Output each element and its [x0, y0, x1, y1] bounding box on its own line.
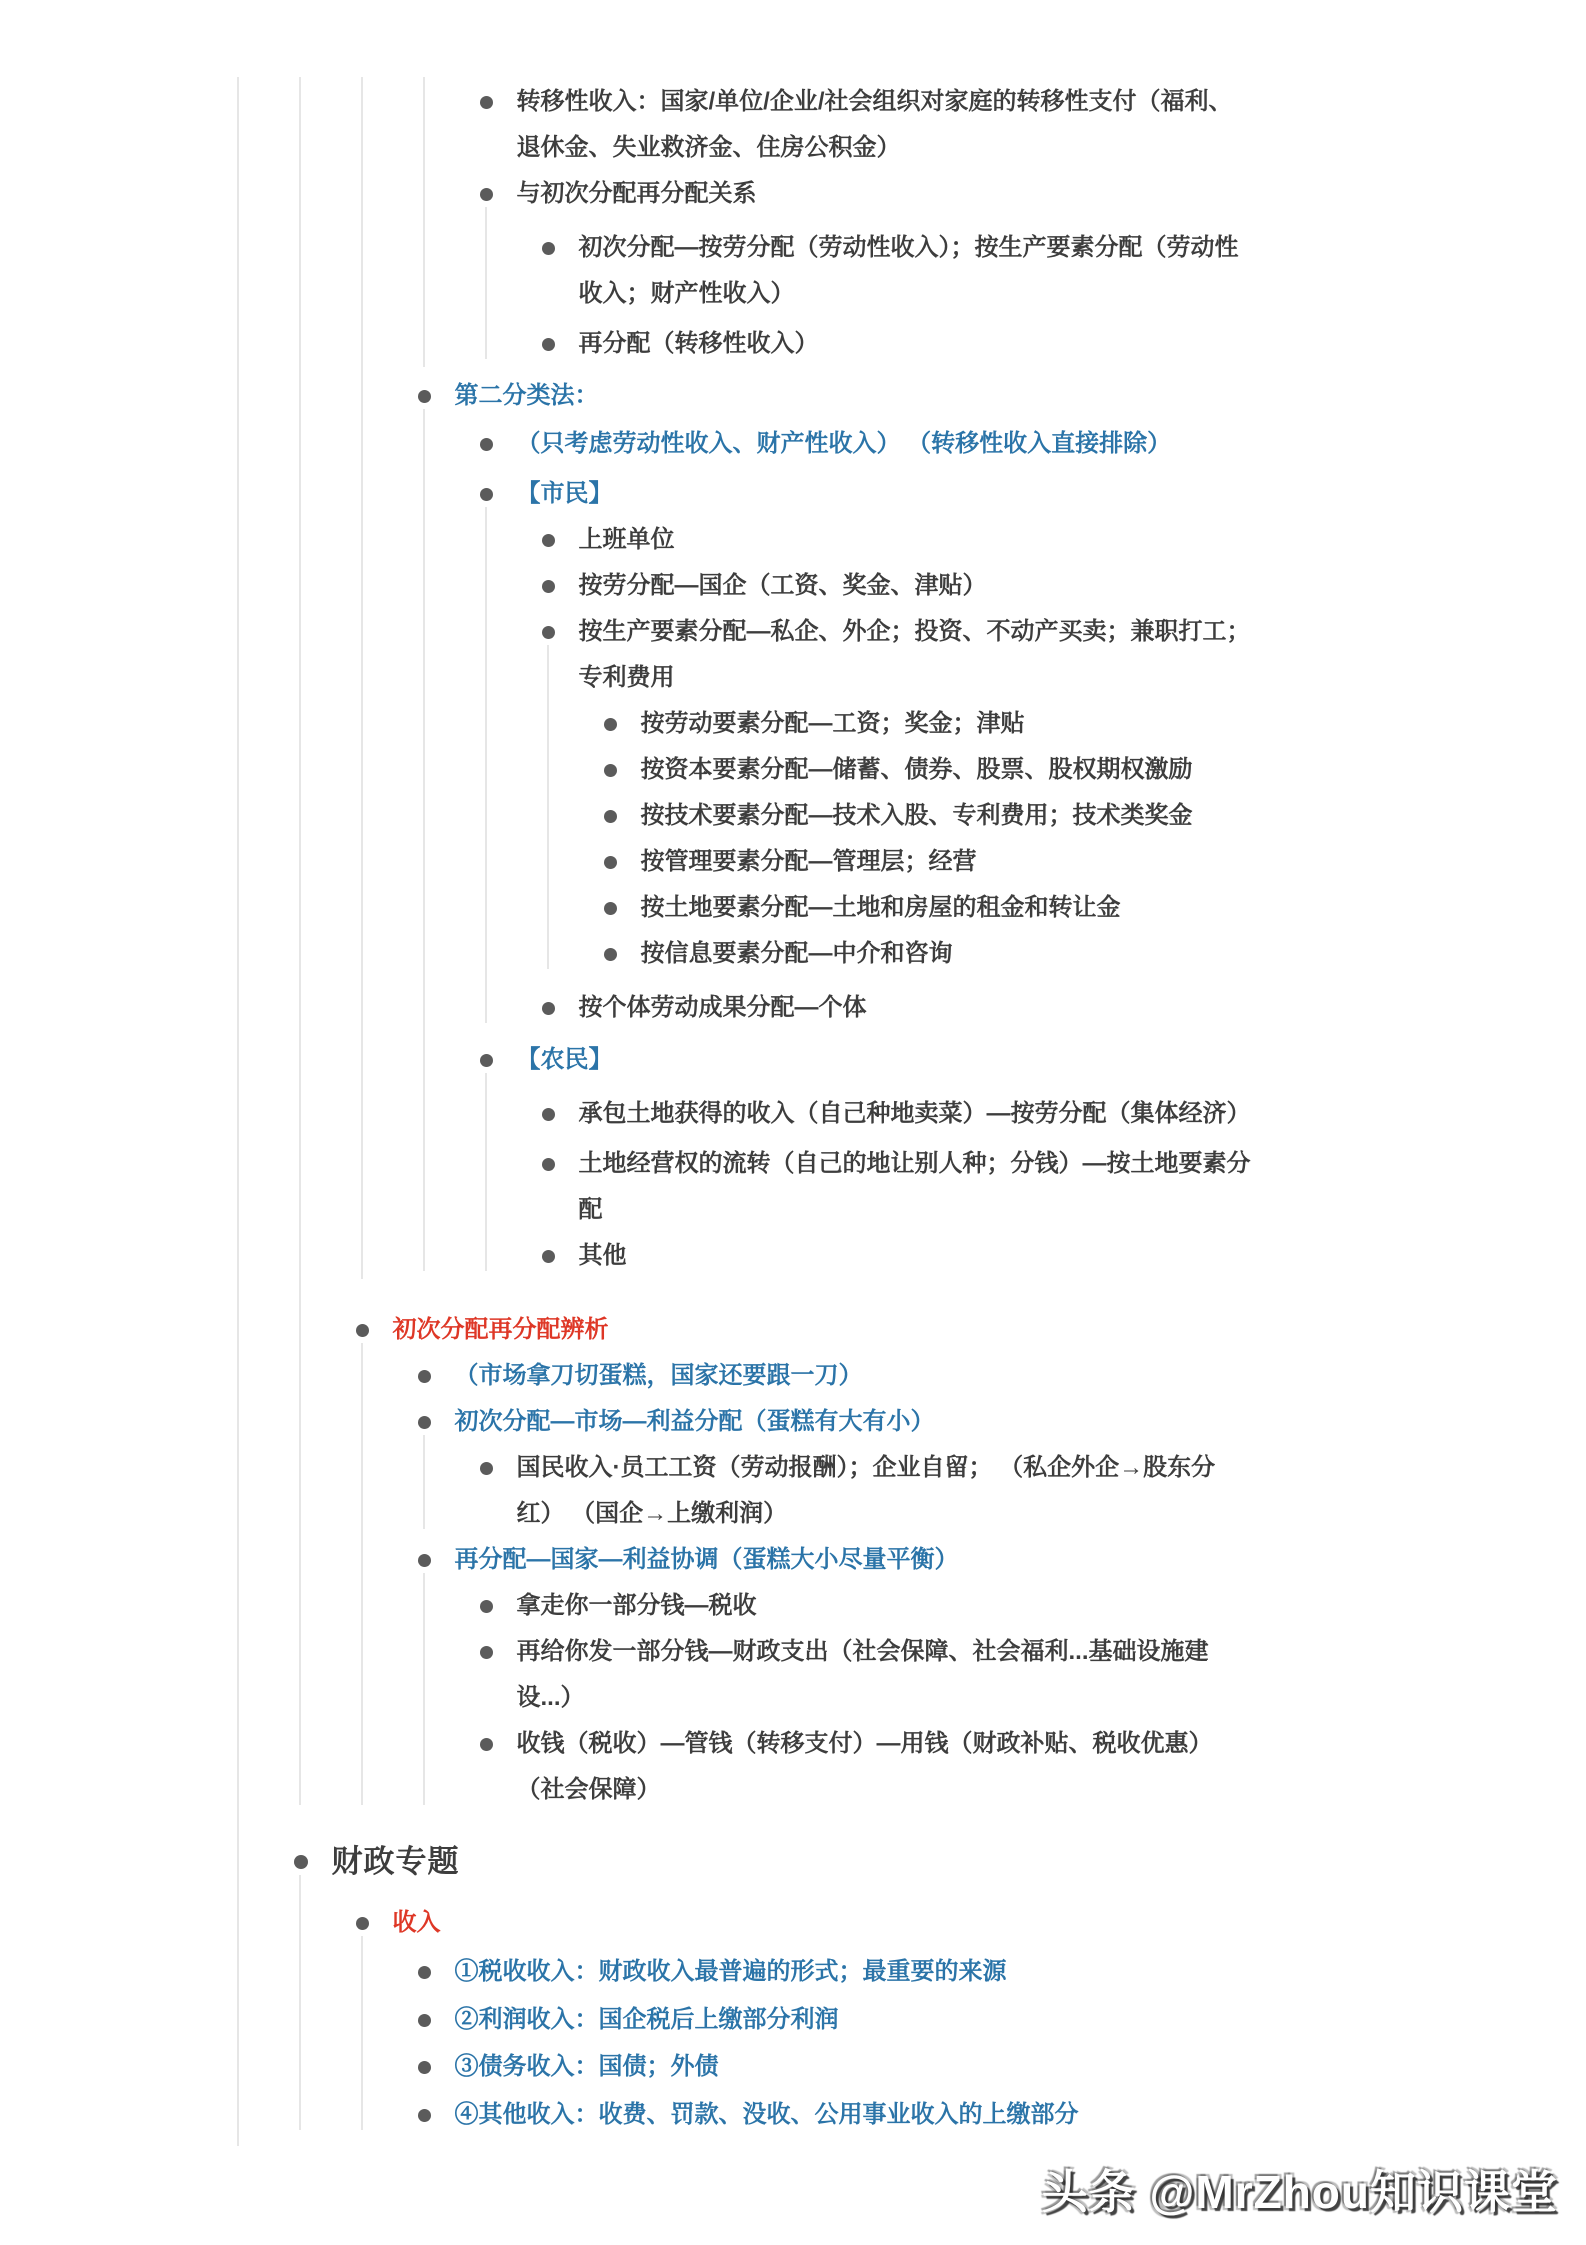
outline-item-text: 承包土地获得的收入（自己种地卖菜）—按劳分配（集体经济）	[579, 1091, 1251, 1137]
bullet-icon[interactable]	[604, 902, 617, 915]
outline-item-text: 按资本要素分配—储蓄、债券、股票、股权期权激励	[641, 747, 1193, 793]
bullet-icon[interactable]	[542, 338, 555, 351]
bullet-icon[interactable]	[480, 1462, 493, 1475]
outline-item-text: 按生产要素分配—私企、外企；投资、不动产买卖；兼职打工； 专利费用	[579, 609, 1251, 701]
outline-item[interactable]: 承包土地获得的收入（自己种地卖菜）—按劳分配（集体经济）	[0, 1091, 1586, 1137]
outline-item-text: 上班单位	[579, 517, 675, 563]
outline-item[interactable]: 与初次分配再分配关系	[0, 171, 1586, 217]
outline-item-text: 按技术要素分配—技术入股、专利费用；技术类奖金	[641, 793, 1193, 839]
bullet-icon[interactable]	[480, 1054, 493, 1067]
bullet-icon[interactable]	[604, 718, 617, 731]
bullet-icon[interactable]	[604, 810, 617, 823]
outline-item[interactable]: 按信息要素分配—中介和咨询	[0, 931, 1586, 977]
outline-item-text: （只考虑劳动性收入、财产性收入） （转移性收入直接排除）	[517, 421, 1172, 467]
bullet-icon[interactable]	[480, 488, 493, 501]
bullet-icon[interactable]	[604, 764, 617, 777]
outline-item[interactable]: 初次分配再分配辨析	[0, 1307, 1586, 1353]
outline-item[interactable]: 按劳动要素分配—工资；奖金；津贴	[0, 701, 1586, 747]
bullet-icon[interactable]	[356, 1917, 369, 1930]
outline-item-text: 按劳分配—国企（工资、奖金、津贴）	[579, 563, 987, 609]
outline-item-text: ①税收收入：财政收入最普遍的形式；最重要的来源	[455, 1949, 1007, 1995]
outline-item[interactable]: 再分配—国家—利益协调（蛋糕大小尽量平衡）	[0, 1537, 1586, 1583]
outline-item[interactable]: ③债务收入：国债；外债	[0, 2044, 1586, 2090]
outline-item[interactable]: 土地经营权的流转（自己的地让别人种；分钱）—按土地要素分 配	[0, 1141, 1586, 1233]
outline-item-text: 按劳动要素分配—工资；奖金；津贴	[641, 701, 1025, 747]
document-page: 转移性收入：国家/单位/企业/社会组织对家庭的转移性支付（福利、 退休金、失业救…	[0, 0, 1586, 2245]
bullet-icon[interactable]	[542, 534, 555, 547]
outline-item-text: 土地经营权的流转（自己的地让别人种；分钱）—按土地要素分 配	[579, 1141, 1251, 1233]
outline-item[interactable]: 转移性收入：国家/单位/企业/社会组织对家庭的转移性支付（福利、 退休金、失业救…	[0, 79, 1586, 171]
outline-item[interactable]: （市场拿刀切蛋糕，国家还要跟一刀）	[0, 1353, 1586, 1399]
bullet-icon[interactable]	[480, 1738, 493, 1751]
outline-item[interactable]: 国民收入·员工工资（劳动报酬）；企业自留； （私企外企→股东分 红） （国企→上…	[0, 1445, 1586, 1537]
bullet-icon[interactable]	[542, 1250, 555, 1263]
outline-item-text: 再分配（转移性收入）	[579, 321, 819, 367]
outline-item-text: 其他	[579, 1233, 627, 1279]
bullet-icon[interactable]	[480, 438, 493, 451]
outline-item-text: （市场拿刀切蛋糕，国家还要跟一刀）	[455, 1353, 863, 1399]
bullet-icon[interactable]	[604, 856, 617, 869]
watermark-toutiao: 头条 @MrZhou知识课堂	[1042, 2156, 1558, 2222]
bullet-icon[interactable]	[418, 2014, 431, 2027]
outline-item-text: ③债务收入：国债；外债	[455, 2044, 719, 2090]
outline-item[interactable]: 按技术要素分配—技术入股、专利费用；技术类奖金	[0, 793, 1586, 839]
bullet-icon[interactable]	[418, 1370, 431, 1383]
bullet-icon[interactable]	[604, 948, 617, 961]
outline-item-text: 再分配—国家—利益协调（蛋糕大小尽量平衡）	[455, 1537, 959, 1583]
outline-item[interactable]: 按劳分配—国企（工资、奖金、津贴）	[0, 563, 1586, 609]
outline-item-text: ②利润收入：国企税后上缴部分利润	[455, 1997, 839, 2043]
bullet-icon[interactable]	[542, 1158, 555, 1171]
bullet-icon[interactable]	[480, 1600, 493, 1613]
bullet-icon[interactable]	[480, 188, 493, 201]
outline-item[interactable]: 上班单位	[0, 517, 1586, 563]
outline-item[interactable]: 财政专题	[0, 1833, 1586, 1891]
outline-item-text: 拿走你一部分钱—税收	[517, 1583, 757, 1629]
bullet-icon[interactable]	[542, 1108, 555, 1121]
outline-item[interactable]: （只考虑劳动性收入、财产性收入） （转移性收入直接排除）	[0, 421, 1586, 467]
outline-item[interactable]: 按个体劳动成果分配—个体	[0, 985, 1586, 1031]
outline-item-text: 转移性收入：国家/单位/企业/社会组织对家庭的转移性支付（福利、 退休金、失业救…	[517, 79, 1233, 171]
outline-item-text: ④其他收入：收费、罚款、没收、公用事业收入的上缴部分	[455, 2092, 1079, 2138]
outline-item[interactable]: 收钱（税收）—管钱（转移支付）—用钱（财政补贴、税收优惠） （社会保障）	[0, 1721, 1586, 1813]
outline-item[interactable]: ①税收收入：财政收入最普遍的形式；最重要的来源	[0, 1949, 1586, 1995]
outline-item-text: 国民收入·员工工资（劳动报酬）；企业自留； （私企外企→股东分 红） （国企→上…	[517, 1445, 1216, 1537]
bullet-icon[interactable]	[418, 1554, 431, 1567]
outline-item-text: 初次分配再分配辨析	[393, 1307, 609, 1353]
outline-item[interactable]: 【农民】	[0, 1037, 1586, 1083]
outline-item-text: 【农民】	[517, 1037, 613, 1083]
outline-item-text: 收入	[393, 1900, 441, 1946]
outline-item-text: 初次分配—市场—利益分配（蛋糕有大有小）	[455, 1399, 935, 1445]
outline-item[interactable]: 其他	[0, 1233, 1586, 1279]
bullet-icon[interactable]	[294, 1855, 308, 1869]
outline-item[interactable]: 第二分类法：	[0, 373, 1586, 419]
outline-item[interactable]: 按资本要素分配—储蓄、债券、股票、股权期权激励	[0, 747, 1586, 793]
outline-item-text: 按管理要素分配—管理层；经营	[641, 839, 977, 885]
outline-item[interactable]: ④其他收入：收费、罚款、没收、公用事业收入的上缴部分	[0, 2092, 1586, 2138]
outline-item[interactable]: 初次分配—市场—利益分配（蛋糕有大有小）	[0, 1399, 1586, 1445]
outline-item[interactable]: 收入	[0, 1900, 1586, 1946]
outline-item[interactable]: 按管理要素分配—管理层；经营	[0, 839, 1586, 885]
outline-item[interactable]: 初次分配—按劳分配（劳动性收入）；按生产要素分配（劳动性 收入；财产性收入）	[0, 225, 1586, 317]
bullet-icon[interactable]	[418, 1966, 431, 1979]
outline-item[interactable]: 再给你发一部分钱—财政支出（社会保障、社会福利...基础设施建 设...）	[0, 1629, 1586, 1721]
bullet-icon[interactable]	[356, 1324, 369, 1337]
bullet-icon[interactable]	[542, 580, 555, 593]
outline-item[interactable]: 按土地要素分配—土地和房屋的租金和转让金	[0, 885, 1586, 931]
outline-item[interactable]: 按生产要素分配—私企、外企；投资、不动产买卖；兼职打工； 专利费用	[0, 609, 1586, 701]
bullet-icon[interactable]	[418, 2109, 431, 2122]
outline-item-text: 第二分类法：	[455, 373, 599, 419]
outline-item-text: 财政专题	[332, 1833, 460, 1891]
outline-item[interactable]: ②利润收入：国企税后上缴部分利润	[0, 1997, 1586, 2043]
outline-item-text: 再给你发一部分钱—财政支出（社会保障、社会福利...基础设施建 设...）	[517, 1629, 1209, 1721]
bullet-icon[interactable]	[418, 390, 431, 403]
outline-item-text: 按信息要素分配—中介和咨询	[641, 931, 953, 977]
bullet-icon[interactable]	[480, 1646, 493, 1659]
outline-item-text: 收钱（税收）—管钱（转移支付）—用钱（财政补贴、税收优惠） （社会保障）	[517, 1721, 1213, 1813]
outline-item-text: 与初次分配再分配关系	[517, 171, 757, 217]
outline-item-text: 初次分配—按劳分配（劳动性收入）；按生产要素分配（劳动性 收入；财产性收入）	[579, 225, 1239, 317]
outline-item[interactable]: 再分配（转移性收入）	[0, 321, 1586, 367]
bullet-icon[interactable]	[418, 1416, 431, 1429]
outline-item-text: 按个体劳动成果分配—个体	[579, 985, 867, 1031]
outline-item-text: 【市民】	[517, 471, 613, 517]
outline-item[interactable]: 拿走你一部分钱—税收	[0, 1583, 1586, 1629]
outline-item-text: 按土地要素分配—土地和房屋的租金和转让金	[641, 885, 1121, 931]
bullet-icon[interactable]	[542, 242, 555, 255]
bullet-icon[interactable]	[542, 1002, 555, 1015]
bullet-icon[interactable]	[480, 96, 493, 109]
bullet-icon[interactable]	[542, 626, 555, 639]
bullet-icon[interactable]	[418, 2061, 431, 2074]
outline-item[interactable]: 【市民】	[0, 471, 1586, 517]
